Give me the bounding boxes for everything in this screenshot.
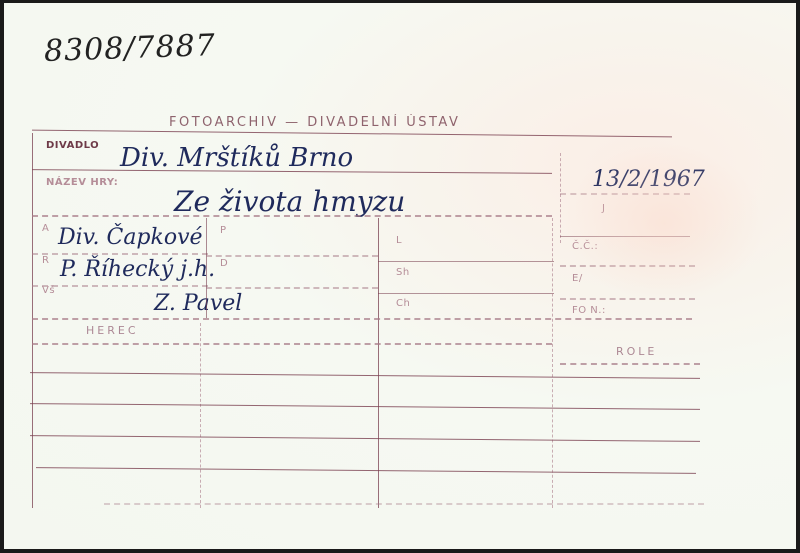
label-ch: Ch (396, 298, 410, 309)
cast-table (34, 345, 694, 505)
divider-nazev-hry (32, 215, 552, 217)
label-rezie: R (42, 255, 49, 266)
value-autor: Div. Čapkové (58, 225, 203, 250)
divider-sh (378, 293, 554, 294)
archive-photo-card: 8308/7887 FOTOARCHIV — DIVADELNÍ ÚSTAV D… (4, 3, 796, 549)
label-e: E/ (572, 273, 583, 284)
divider-d (206, 287, 378, 289)
label-autor: A (42, 223, 49, 234)
divider-l (378, 261, 554, 262)
divider-p (206, 255, 378, 257)
divider-date (560, 193, 690, 195)
value-rezie: P. Říhecký j.h. (60, 257, 215, 282)
table-header-herec: HEREC (86, 324, 139, 337)
value-divadlo: Div. Mrštíků Brno (120, 143, 353, 173)
value-vs: Z. Pavel (154, 291, 242, 316)
value-nazev-hry: Ze života hmyzu (174, 185, 405, 218)
label-vs: Vš (42, 285, 55, 296)
label-d: D (220, 258, 228, 269)
label-p: P (220, 225, 227, 236)
label-cc: Č.Č.: (572, 241, 598, 252)
form-top-border (32, 130, 672, 138)
performance-date: 13/2/1967 (592, 167, 705, 192)
form-left-border (32, 133, 33, 508)
divider-cc (560, 265, 695, 267)
label-nazev-hry: NÁZEV HRY: (46, 177, 118, 188)
divider-autor (32, 253, 208, 255)
divider-date-bottom (560, 236, 690, 237)
divider-rezie (32, 285, 208, 287)
date-box-mark: J (602, 203, 605, 214)
divider-e (560, 298, 695, 300)
label-divadlo: DIVADLO (46, 140, 99, 151)
archive-number: 8308/7887 (43, 28, 216, 69)
archive-stamp-title: FOTOARCHIV — DIVADELNÍ ÚSTAV (169, 115, 460, 130)
label-fo-n: FO N.: (572, 305, 606, 316)
label-l: L (396, 235, 402, 246)
table-header-top (32, 318, 692, 320)
date-box-border (560, 153, 561, 243)
label-sh: Sh (396, 267, 410, 278)
divider-col-1 (206, 218, 207, 318)
